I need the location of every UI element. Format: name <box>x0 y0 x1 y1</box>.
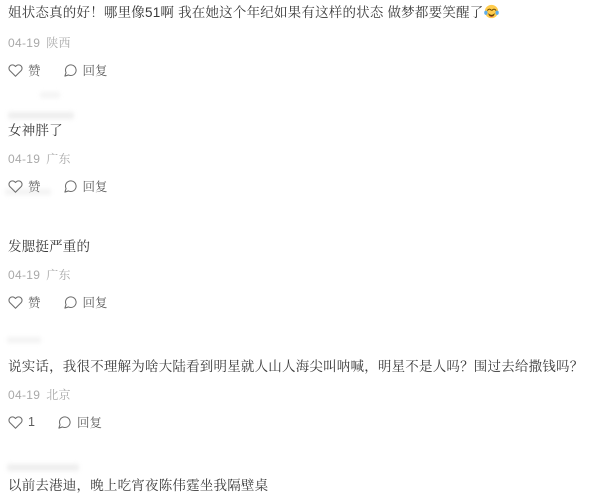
comment-location: 广东 <box>46 268 71 282</box>
reply-button[interactable]: 回复 <box>63 177 108 195</box>
comment-meta: 04-19广东 <box>8 150 594 167</box>
like-label: 赞 <box>28 177 41 195</box>
comment-location: 广东 <box>46 152 71 166</box>
comment-text: 女神胖了 <box>8 121 594 140</box>
heart-icon <box>8 415 23 430</box>
like-button[interactable]: 1 <box>8 415 35 430</box>
reply-button[interactable]: 回复 <box>63 61 108 79</box>
blurred-username <box>40 92 60 98</box>
blurred-username <box>8 112 74 119</box>
like-button[interactable]: 赞 <box>8 177 41 195</box>
comment-item: 说实话，我很不理解为啥大陆看到明星就人山人海尖叫呐喊，明星不是人吗？围过去给撒钱… <box>8 357 594 431</box>
blurred-username <box>7 337 41 343</box>
comment-date: 04-19 <box>8 388 40 402</box>
comment-item: 以前去港迪，晚上吃宵夜陈伟霆坐我隔壁桌 <box>8 476 594 495</box>
comment-text: 发腮挺严重的 <box>8 237 594 256</box>
like-button[interactable]: 赞 <box>8 293 41 311</box>
comment-item: 发腮挺严重的 04-19广东 赞 回复 <box>8 237 594 311</box>
comment-text: 说实话，我很不理解为啥大陆看到明星就人山人海尖叫呐喊，明星不是人吗？围过去给撒钱… <box>8 357 594 376</box>
comment-date: 04-19 <box>8 152 40 166</box>
chat-bubble-icon <box>63 179 78 194</box>
heart-icon <box>8 179 23 194</box>
blurred-username <box>7 464 79 471</box>
comment-text: 姐状态真的好！哪里像51啊 我在她这个年纪如果有这样的状态 做梦都要笑醒了 <box>8 3 594 24</box>
like-label: 赞 <box>28 61 41 79</box>
comment-text: 以前去港迪，晚上吃宵夜陈伟霆坐我隔壁桌 <box>8 476 594 495</box>
reply-label: 回复 <box>83 293 108 311</box>
comment-item: 姐状态真的好！哪里像51啊 我在她这个年纪如果有这样的状态 做梦都要笑醒了 04… <box>8 3 594 79</box>
comment-location: 北京 <box>46 388 71 402</box>
like-label: 赞 <box>28 293 41 311</box>
comment-meta: 04-19陕西 <box>8 34 594 51</box>
comment-text-span: 姐状态真的好！哪里像51啊 我在她这个年纪如果有这样的状态 做梦都要笑醒了 <box>8 5 483 20</box>
reply-label: 回复 <box>83 61 108 79</box>
like-count: 1 <box>28 415 35 429</box>
chat-bubble-icon <box>63 295 78 310</box>
heart-icon <box>8 295 23 310</box>
comment-item: 女神胖了 04-19广东 赞 回复 <box>8 121 594 195</box>
heart-icon <box>8 63 23 78</box>
chat-bubble-icon <box>57 415 72 430</box>
tears-of-joy-emoji <box>484 4 499 24</box>
like-button[interactable]: 赞 <box>8 61 41 79</box>
chat-bubble-icon <box>63 63 78 78</box>
comment-meta: 04-19广东 <box>8 266 594 283</box>
comment-meta: 04-19北京 <box>8 386 594 403</box>
reply-label: 回复 <box>83 177 108 195</box>
comment-date: 04-19 <box>8 268 40 282</box>
reply-button[interactable]: 回复 <box>63 293 108 311</box>
comment-location: 陕西 <box>46 36 71 50</box>
reply-button[interactable]: 回复 <box>57 413 102 431</box>
comment-date: 04-19 <box>8 36 40 50</box>
reply-label: 回复 <box>77 413 102 431</box>
